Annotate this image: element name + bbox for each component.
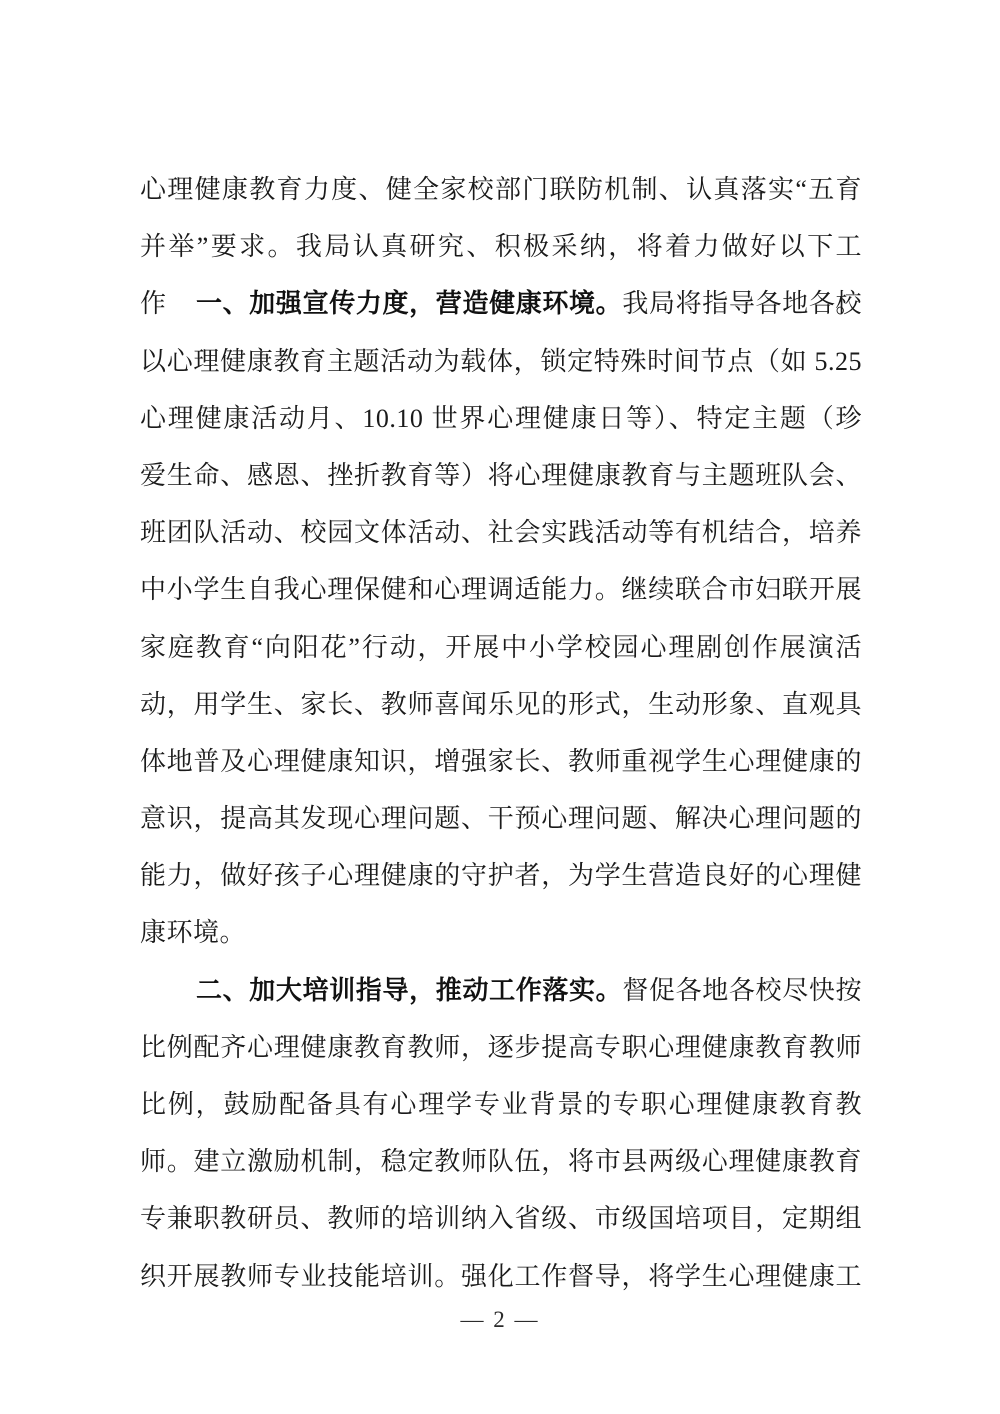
body-text: 专兼职教研员、教师的培训纳入省级、市级国培项目，定期组 [140,1204,862,1233]
body-text: 师。建立激励机制，稳定教师队伍，将市县两级心理健康教育 [140,1147,862,1176]
text-line: 心理健康活动月、10.10 世界心理健康日等）、特定主题（珍 [140,390,862,447]
text-line: 爱生命、感恩、挫折教育等）将心理健康教育与主题班队会、 [140,447,862,504]
body-text: 以心理健康教育主题活动为载体，锁定特殊时间节点（如 5.25 [140,347,862,376]
text-line: 并举”要求。我局认真研究、积极采纳，将着力做好以下工作。 [140,218,862,275]
text-line: 动，用学生、家长、教师喜闻乐见的形式，生动形象、直观具 [140,676,862,733]
text-line: 师。建立激励机制，稳定教师队伍，将市县两级心理健康教育 [140,1133,862,1190]
body-text: 动，用学生、家长、教师喜闻乐见的形式，生动形象、直观具 [140,690,862,719]
body-text: 意识，提高其发现心理问题、干预心理问题、解决心理问题的 [140,804,862,833]
text-line: 比例，鼓励配备具有心理学专业背景的专职心理健康教育教 [140,1076,862,1133]
body-text: 能力，做好孩子心理健康的守护者，为学生营造良好的心理健 [140,861,862,890]
section-heading: 二、加大培训指导，推动工作落实。 [196,975,622,1005]
document-body: 心理健康教育力度、健全家校部门联防机制、认真落实“五育并举”要求。我局认真研究、… [140,161,862,1305]
body-text: 比例配齐心理健康教育教师，逐步提高专职心理健康教育教师 [140,1033,862,1062]
document-page: 心理健康教育力度、健全家校部门联防机制、认真落实“五育并举”要求。我局认真研究、… [0,0,1000,1414]
text-line: 一、加强宣传力度，营造健康环境。我局将指导各地各校 [140,275,862,332]
body-text: 心理健康教育力度、健全家校部门联防机制、认真落实“五育 [140,175,862,204]
text-line: 能力，做好孩子心理健康的守护者，为学生营造良好的心理健 [140,847,862,904]
body-text: 爱生命、感恩、挫折教育等）将心理健康教育与主题班队会、 [140,461,862,490]
text-line: 专兼职教研员、教师的培训纳入省级、市级国培项目，定期组 [140,1190,862,1247]
text-line: 班团队活动、校园文体活动、社会实践活动等有机结合，培养 [140,504,862,561]
text-line: 康环境。 [140,904,862,961]
text-line: 中小学生自我心理保健和心理调适能力。继续联合市妇联开展 [140,561,862,618]
text-line: 比例配齐心理健康教育教师，逐步提高专职心理健康教育教师 [140,1019,862,1076]
text-line: 心理健康教育力度、健全家校部门联防机制、认真落实“五育 [140,161,862,218]
section-heading: 一、加强宣传力度，营造健康环境。 [196,288,622,318]
body-text: 班团队活动、校园文体活动、社会实践活动等有机结合，培养 [140,518,862,547]
body-text: 比例，鼓励配备具有心理学专业背景的专职心理健康教育教 [140,1090,862,1119]
text-line: 意识，提高其发现心理问题、干预心理问题、解决心理问题的 [140,790,862,847]
body-text: 家庭教育“向阳花”行动，开展中小学校园心理剧创作展演活 [140,633,862,662]
text-line: 家庭教育“向阳花”行动，开展中小学校园心理剧创作展演活 [140,619,862,676]
text-line: 体地普及心理健康知识，增强家长、教师重视学生心理健康的 [140,733,862,790]
text-line: 二、加大培训指导，推动工作落实。督促各地各校尽快按 [140,962,862,1019]
body-text: 织开展教师专业技能培训。强化工作督导，将学生心理健康工 [140,1262,862,1291]
text-line: 以心理健康教育主题活动为载体，锁定特殊时间节点（如 5.25 [140,333,862,390]
body-text: 心理健康活动月、10.10 世界心理健康日等）、特定主题（珍 [140,404,862,433]
body-text: 康环境。 [140,918,246,947]
page-footer: — 2 — [0,1300,1000,1340]
body-text: 中小学生自我心理保健和心理调适能力。继续联合市妇联开展 [140,575,862,604]
page-number: — 2 — [461,1307,540,1332]
body-text: 我局将指导各地各校 [622,289,862,318]
text-line: 织开展教师专业技能培训。强化工作督导，将学生心理健康工 [140,1248,862,1305]
body-text: 体地普及心理健康知识，增强家长、教师重视学生心理健康的 [140,747,862,776]
body-text: 督促各地各校尽快按 [622,976,862,1005]
